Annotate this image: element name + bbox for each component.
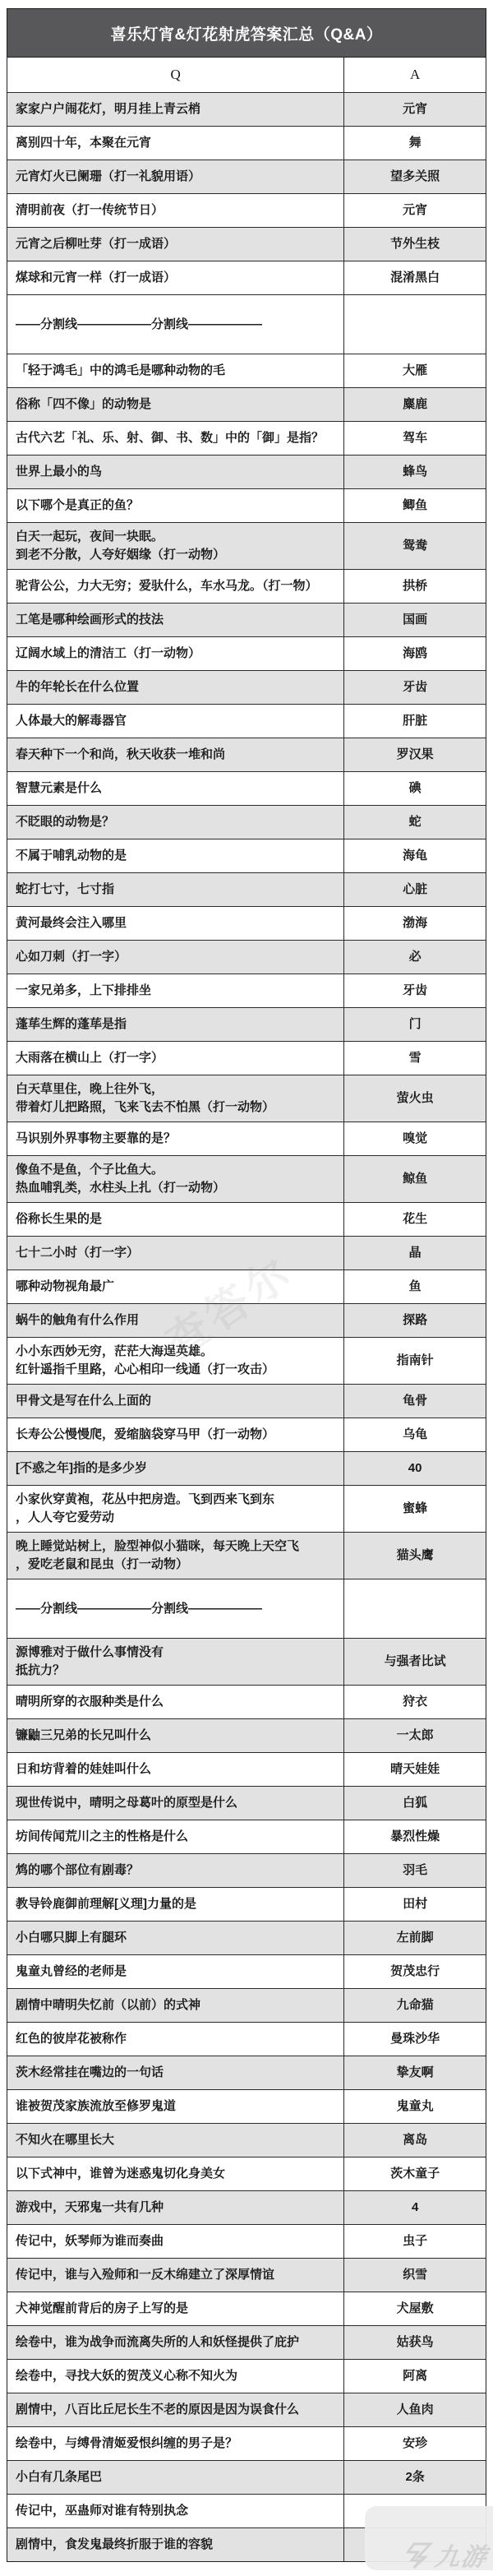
table-row: 驼背公公，力大无穷；爱驮什么，车水马龙。（打一物） 拱桥 <box>7 569 486 603</box>
question-cell: 哪种动物视角最广 <box>7 1270 344 1303</box>
answer-cell: 心脏 <box>344 873 486 906</box>
question-cell: 晴明所穿的衣服种类是什么 <box>7 1686 344 1718</box>
table-row: 日和坊背着的娃娃叫什么 晴天娃娃 <box>7 1752 486 1786</box>
question-cell: 鸩的哪个部位有剧毒？ <box>7 1854 344 1887</box>
table-row: 哪种动物视角最广 鱼 <box>7 1270 486 1303</box>
question-cell: 绘卷中，寻找大妖的贺茂义心称不知火为 <box>7 2360 344 2393</box>
question-cell: 白天一起玩，夜间一块眠。 到老不分散，人夸好姻缘（打一动物） <box>7 523 344 569</box>
table-row: 俗称「四不像」的动物是 麋鹿 <box>7 387 486 421</box>
answer-cell: 节外生枝 <box>344 228 486 261</box>
answer-cell: 牙齿 <box>344 974 486 1007</box>
question-cell: 七十二小时（打一字） <box>7 1237 344 1270</box>
question-cell: 「轻于鸿毛」中的鸿毛是哪种动物的毛 <box>7 354 344 387</box>
question-cell: 元宵之后柳吐芽（打一成语） <box>7 228 344 261</box>
column-header-a: A <box>344 58 486 92</box>
question-cell: 清明前夜（打一传统节日） <box>7 194 344 227</box>
answer-cell: 必 <box>344 941 486 974</box>
answer-cell: 驾车 <box>344 422 486 455</box>
table-row: 俗称长生果的是 花生 <box>7 1202 486 1236</box>
table-row: 红色的彼岸花被称作 曼珠沙华 <box>7 2022 486 2056</box>
table-row: 一家兄弟多，上下排排坐 牙齿 <box>7 974 486 1007</box>
table-row: 源博雅对于做什么事情没有 抵抗力？ 与强者比试 <box>7 1638 486 1685</box>
question-cell: 小白哪只脚上有腿环 <box>7 1922 344 1954</box>
question-cell: 小白有几条尾巴 <box>7 2461 344 2494</box>
table-row: 世界上最小的鸟 蜂鸟 <box>7 455 486 488</box>
answer-cell: 安珍 <box>344 2427 486 2460</box>
question-cell: 不眨眼的动物是？ <box>7 806 344 839</box>
answer-cell: 阿离 <box>344 2360 486 2393</box>
table-row: 白天草里住，晚上往外飞， 带着灯儿把路照，飞来飞去不怕黑（打一动物） 萤火虫 <box>7 1075 486 1122</box>
answer-cell: 鲸鱼 <box>344 1156 486 1202</box>
answer-cell: 探路 <box>344 1304 486 1337</box>
question-cell: 白天草里住，晚上往外飞， 带着灯儿把路照，飞来飞去不怕黑（打一动物） <box>7 1075 344 1122</box>
answer-cell: 乌龟 <box>344 1418 486 1451</box>
question-cell: 蜗牛的触角有什么作用 <box>7 1304 344 1337</box>
table-body: 家家户户闹花灯，明月挂上青云梢 元宵 离别四十年，本聚在元宵 舞 元宵灯火已阑珊… <box>7 92 486 2561</box>
question-cell: 工笔是哪种绘画形式的技法 <box>7 604 344 636</box>
question-cell: 元宵灯火已阑珊（打一礼貌用语） <box>7 160 344 193</box>
question-cell: 古代六艺「礼、乐、射、御、书、数」中的「御」是指？ <box>7 422 344 455</box>
table-row: 像鱼不是鱼，个子比鱼大。 热血哺乳类，水柱头上扎（打一动物） 鲸鱼 <box>7 1155 486 1202</box>
table-row: 剧情中晴明失忆前（以前）的式神 九命猫 <box>7 1988 486 2022</box>
table-row: 黄河最终会注入哪里 渤海 <box>7 906 486 940</box>
answer-cell: 贺茂忠行 <box>344 1955 486 1988</box>
question-cell: 坊间传闻荒川之主的性格是什么 <box>7 1820 344 1853</box>
watermark-patch <box>365 2506 493 2570</box>
table-row: 传记中，谁与入殓师和一反木绵建立了深厚情谊 织雪 <box>7 2258 486 2292</box>
table-row: 元宵之后柳吐芽（打一成语） 节外生枝 <box>7 227 486 261</box>
table-row: 长寿公公慢慢爬，爱缩脑袋穿马甲（打一动物） 乌龟 <box>7 1417 486 1451</box>
answer-cell: 40 <box>344 1452 486 1485</box>
answer-cell: 曼珠沙华 <box>344 2023 486 2056</box>
table-row: 春天种下一个和尚，秋天收获一堆和尚 罗汉果 <box>7 738 486 771</box>
answer-cell: 拱桥 <box>344 570 486 603</box>
answer-cell: 望多关照 <box>344 160 486 193</box>
table-row: 鸩的哪个部位有剧毒？ 羽毛 <box>7 1853 486 1887</box>
answer-cell: 雪 <box>344 1042 486 1075</box>
answer-cell: 元宵 <box>344 194 486 227</box>
question-cell: 家家户户闹花灯，明月挂上青云梢 <box>7 93 344 126</box>
qa-answer-table: 喜乐灯宵&灯花射虎答案汇总（Q&A） Q A 家家户户闹花灯，明月挂上青云梢 元… <box>7 8 486 2562</box>
answer-cell: 碘 <box>344 772 486 805</box>
column-header-q: Q <box>7 58 344 92</box>
question-cell: 不属于哺乳动物的是 <box>7 839 344 872</box>
table-row: 辽阔水域上的清洁工（打一动物） 海鸥 <box>7 636 486 670</box>
answer-cell: 麋鹿 <box>344 388 486 421</box>
answer-cell: 鲫鱼 <box>344 489 486 522</box>
answer-cell: 渤海 <box>344 907 486 940</box>
answer-cell: 晴天娃娃 <box>344 1753 486 1786</box>
answer-cell: 织雪 <box>344 2259 486 2292</box>
answer-cell: 茨木童子 <box>344 2157 486 2190</box>
answer-cell: 国画 <box>344 604 486 636</box>
table-row: 白天一起玩，夜间一块眠。 到老不分散，人夸好姻缘（打一动物） 鸳鸯 <box>7 522 486 569</box>
question-cell: 春天种下一个和尚，秋天收获一堆和尚 <box>7 738 344 771</box>
table-row: 晴明所穿的衣服种类是什么 狩衣 <box>7 1685 486 1718</box>
answer-cell: 蜂鸟 <box>344 456 486 488</box>
question-cell: 辽阔水域上的清洁工（打一动物） <box>7 637 344 670</box>
table-row: 人体最大的解毒器官 肝脏 <box>7 704 486 738</box>
question-cell: 人体最大的解毒器官 <box>7 705 344 738</box>
answer-cell: 九命猫 <box>344 1989 486 2022</box>
answer-cell: 左前脚 <box>344 1922 486 1954</box>
table-row: 小小东西妙无穷，茫茫大海逞英雄。 红针遥指千里路，心心相印一线通（打一攻击） 指… <box>7 1337 486 1384</box>
question-cell: ——分割线——————分割线—————— <box>7 1579 344 1638</box>
answer-cell: 羽毛 <box>344 1854 486 1887</box>
question-cell: 镰鼬三兄弟的长兄叫什么 <box>7 1719 344 1752</box>
table-row: 工笔是哪种绘画形式的技法 国画 <box>7 603 486 636</box>
answer-cell: 一太郎 <box>344 1719 486 1752</box>
table-title: 喜乐灯宵&灯花射虎答案汇总（Q&A） <box>7 9 486 57</box>
table-row: 茨木经常挂在嘴边的一句话 挚友啊 <box>7 2056 486 2089</box>
table-row: 「轻于鸿毛」中的鸿毛是哪种动物的毛 大雁 <box>7 354 486 387</box>
table-row: [不惑之年]指的是多少岁 40 <box>7 1451 486 1485</box>
question-cell: 游戏中，天邪鬼一共有几种 <box>7 2191 344 2224</box>
table-row: 传记中，妖琴师为谁而奏曲 虫子 <box>7 2224 486 2258</box>
table-row: 煤球和元宵一样（打一成语） 混淆黑白 <box>7 261 486 294</box>
question-cell: 大雨落在横山上（打一字） <box>7 1042 344 1075</box>
table-row: 以下式神中，谁曾为迷惑鬼切化身美女 茨木童子 <box>7 2157 486 2190</box>
answer-cell: 蛇 <box>344 806 486 839</box>
question-cell: 谁被贺茂家族流放至修罗鬼道 <box>7 2090 344 2123</box>
answer-cell: 晶 <box>344 1237 486 1270</box>
answer-cell: 萤火虫 <box>344 1075 486 1122</box>
answer-cell: 狩衣 <box>344 1686 486 1718</box>
answer-cell: 白狐 <box>344 1787 486 1820</box>
table-row: 元宵灯火已阑珊（打一礼貌用语） 望多关照 <box>7 160 486 193</box>
table-row: 清明前夜（打一传统节日） 元宵 <box>7 193 486 227</box>
answer-cell: 龟骨 <box>344 1385 486 1417</box>
table-row: 不知火在哪里长大 离岛 <box>7 2123 486 2157</box>
question-cell: 传记中，谁与入殓师和一反木绵建立了深厚情谊 <box>7 2259 344 2292</box>
answer-cell <box>344 295 486 354</box>
question-cell: 驼背公公，力大无穷；爱驮什么，车水马龙。（打一物） <box>7 570 344 603</box>
answer-cell: 犬屋敷 <box>344 2292 486 2325</box>
question-cell: 小小东西妙无穷，茫茫大海逞英雄。 红针遥指千里路，心心相印一线通（打一攻击） <box>7 1338 344 1384</box>
question-cell: 蛇打七寸，七寸指 <box>7 873 344 906</box>
answer-cell: 海鸥 <box>344 637 486 670</box>
table-row: 七十二小时（打一字） 晶 <box>7 1236 486 1270</box>
answer-cell: 元宵 <box>344 93 486 126</box>
answer-cell: 舞 <box>344 127 486 160</box>
question-cell: 剧情中，食发鬼最终折服于谁的容貌 <box>7 2528 344 2561</box>
table-row: 鬼童丸曾经的老师是 贺茂忠行 <box>7 1954 486 1988</box>
answer-cell: 离岛 <box>344 2124 486 2157</box>
table-row: 牛的年轮长在什么位置 牙齿 <box>7 670 486 704</box>
question-cell: 智慧元素是什么 <box>7 772 344 805</box>
table-row: 甲骨文是写在什么上面的 龟骨 <box>7 1384 486 1417</box>
answer-cell: 牙齿 <box>344 671 486 704</box>
answer-cell: 指南针 <box>344 1338 486 1384</box>
table-row: 古代六艺「礼、乐、射、御、书、数」中的「御」是指？ 驾车 <box>7 421 486 455</box>
table-row: 大雨落在横山上（打一字） 雪 <box>7 1041 486 1075</box>
question-cell: 甲骨文是写在什么上面的 <box>7 1385 344 1417</box>
table-row: 蓬荜生辉的蓬荜是指 门 <box>7 1007 486 1041</box>
question-cell: 犬神觉醒前背后的房子上写的是 <box>7 2292 344 2325</box>
table-row: ——分割线——————分割线—————— <box>7 294 486 354</box>
question-cell: 俗称长生果的是 <box>7 1203 344 1236</box>
table-row: 家家户户闹花灯，明月挂上青云梢 元宵 <box>7 92 486 126</box>
question-cell: 日和坊背着的娃娃叫什么 <box>7 1753 344 1786</box>
answer-cell: 门 <box>344 1008 486 1041</box>
question-cell: 现世传说中，晴明之母葛叶的原型是什么 <box>7 1787 344 1820</box>
answer-cell: 大雁 <box>344 354 486 387</box>
table-row: 蛇打七寸，七寸指 心脏 <box>7 872 486 906</box>
answer-cell: 蜜蜂 <box>344 1486 486 1532</box>
table-row: 马识别外界事物主要靠的是？ 嗅觉 <box>7 1122 486 1155</box>
question-cell: 牛的年轮长在什么位置 <box>7 671 344 704</box>
column-header-row: Q A <box>7 57 486 92</box>
answer-cell: 海龟 <box>344 839 486 872</box>
answer-cell: 与强者比试 <box>344 1639 486 1685</box>
table-row: 教导铃鹿御前理解[义理]力量的是 田村 <box>7 1887 486 1921</box>
question-cell: 俗称「四不像」的动物是 <box>7 388 344 421</box>
table-row: ——分割线——————分割线—————— <box>7 1579 486 1638</box>
question-cell: 长寿公公慢慢爬，爱缩脑袋穿马甲（打一动物） <box>7 1418 344 1451</box>
answer-cell <box>344 1579 486 1638</box>
table-row: 不眨眼的动物是？ 蛇 <box>7 805 486 839</box>
question-cell: [不惑之年]指的是多少岁 <box>7 1452 344 1485</box>
question-cell: 以下哪个是真正的鱼？ <box>7 489 344 522</box>
answer-cell: 4 <box>344 2191 486 2224</box>
answer-cell: 嗅觉 <box>344 1122 486 1155</box>
question-cell: 马识别外界事物主要靠的是？ <box>7 1122 344 1155</box>
question-cell: 红色的彼岸花被称作 <box>7 2023 344 2056</box>
answer-cell: 鬼童丸 <box>344 2090 486 2123</box>
table-row: 离别四十年，本聚在元宵 舞 <box>7 126 486 160</box>
question-cell: 不知火在哪里长大 <box>7 2124 344 2157</box>
answer-cell: 2条 <box>344 2461 486 2494</box>
answer-cell: 暴烈性燥 <box>344 1820 486 1853</box>
question-cell: 煤球和元宵一样（打一成语） <box>7 261 344 294</box>
question-cell: 蓬荜生辉的蓬荜是指 <box>7 1008 344 1041</box>
table-row: 以下哪个是真正的鱼？ 鲫鱼 <box>7 488 486 522</box>
answer-cell: 花生 <box>344 1203 486 1236</box>
question-cell: 以下式神中，谁曾为迷惑鬼切化身美女 <box>7 2157 344 2190</box>
question-cell: 黄河最终会注入哪里 <box>7 907 344 940</box>
table-row: 小家伙穿黄袍，花丛中把房造。飞到西来飞到东 ，人人夸它爱劳动 蜜蜂 <box>7 1485 486 1532</box>
question-cell: 一家兄弟多，上下排排坐 <box>7 974 344 1007</box>
table-row: 不属于哺乳动物的是 海龟 <box>7 839 486 872</box>
table-row: 镰鼬三兄弟的长兄叫什么 一太郎 <box>7 1718 486 1752</box>
question-cell: 离别四十年，本聚在元宵 <box>7 127 344 160</box>
answer-cell: 姑获鸟 <box>344 2326 486 2359</box>
answer-cell: 虫子 <box>344 2225 486 2258</box>
question-cell: 茨木经常挂在嘴边的一句话 <box>7 2056 344 2089</box>
question-cell: 晚上睡觉站树上，脸型神似小猫咪，每天晚上天空飞 ，爱吃老鼠和昆虫（打一动物） <box>7 1533 344 1579</box>
question-cell: 心如刀刺（打一字） <box>7 941 344 974</box>
table-row: 游戏中，天邪鬼一共有几种 4 <box>7 2190 486 2224</box>
question-cell: 剧情中，八百比丘尼长生不老的原因是因为误食什么 <box>7 2393 344 2426</box>
table-row: 智慧元素是什么 碘 <box>7 771 486 805</box>
answer-cell: 混淆黑白 <box>344 261 486 294</box>
answer-cell: 肝脏 <box>344 705 486 738</box>
table-row: 心如刀刺（打一字） 必 <box>7 940 486 974</box>
question-cell: 传记中，巫蛊师对谁有特别执念 <box>7 2495 344 2527</box>
table-row: 绘卷中，与缚骨清姬爱恨纠缠的男子是？ 安珍 <box>7 2426 486 2460</box>
question-cell: 剧情中晴明失忆前（以前）的式神 <box>7 1989 344 2022</box>
answer-cell: 罗汉果 <box>344 738 486 771</box>
question-cell: 鬼童丸曾经的老师是 <box>7 1955 344 1988</box>
table-row: 小白哪只脚上有腿环 左前脚 <box>7 1921 486 1954</box>
table-row: 现世传说中，晴明之母葛叶的原型是什么 白狐 <box>7 1786 486 1820</box>
table-row: 绘卷中，谁为战争而流离失所的人和妖怪提供了庇护 姑获鸟 <box>7 2325 486 2359</box>
table-row: 蜗牛的触角有什么作用 探路 <box>7 1303 486 1337</box>
answer-cell: 挚友啊 <box>344 2056 486 2089</box>
answer-cell: 人鱼肉 <box>344 2393 486 2426</box>
answer-cell: 鱼 <box>344 1270 486 1303</box>
table-row: 谁被贺茂家族流放至修罗鬼道 鬼童丸 <box>7 2089 486 2123</box>
table-row: 犬神觉醒前背后的房子上写的是 犬屋敷 <box>7 2292 486 2325</box>
question-cell: 像鱼不是鱼，个子比鱼大。 热血哺乳类，水柱头上扎（打一动物） <box>7 1156 344 1202</box>
table-row: 坊间传闻荒川之主的性格是什么 暴烈性燥 <box>7 1820 486 1853</box>
question-cell: ——分割线——————分割线—————— <box>7 295 344 354</box>
question-cell: 小家伙穿黄袍，花丛中把房造。飞到西来飞到东 ，人人夸它爱劳动 <box>7 1486 344 1532</box>
question-cell: 教导铃鹿御前理解[义理]力量的是 <box>7 1888 344 1921</box>
table-row: 晚上睡觉站树上，脸型神似小猫咪，每天晚上天空飞 ，爱吃老鼠和昆虫（打一动物） 猫… <box>7 1532 486 1579</box>
question-cell: 世界上最小的鸟 <box>7 456 344 488</box>
answer-cell: 猫头鹰 <box>344 1533 486 1579</box>
answer-cell: 鸳鸯 <box>344 523 486 569</box>
table-row: 小白有几条尾巴 2条 <box>7 2460 486 2494</box>
question-cell: 源博雅对于做什么事情没有 抵抗力？ <box>7 1639 344 1685</box>
table-row: 绘卷中，寻找大妖的贺茂义心称不知火为 阿离 <box>7 2359 486 2393</box>
answer-cell: 田村 <box>344 1888 486 1921</box>
question-cell: 传记中，妖琴师为谁而奏曲 <box>7 2225 344 2258</box>
question-cell: 绘卷中，与缚骨清姬爱恨纠缠的男子是？ <box>7 2427 344 2460</box>
question-cell: 绘卷中，谁为战争而流离失所的人和妖怪提供了庇护 <box>7 2326 344 2359</box>
table-row: 剧情中，八百比丘尼长生不老的原因是因为误食什么 人鱼肉 <box>7 2393 486 2426</box>
